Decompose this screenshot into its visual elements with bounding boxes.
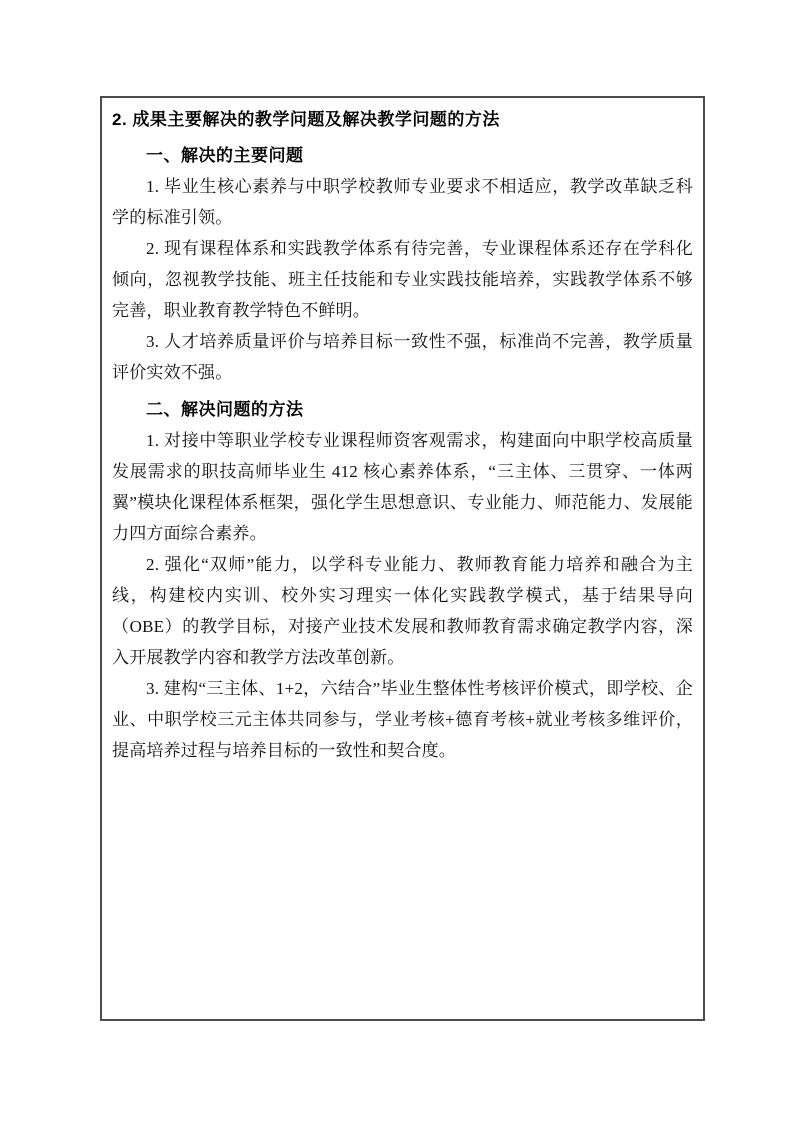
paragraph-method-3: 3. 建构“三主体、1+2，六结合”毕业生整体性考核评价模式，即学校、企业、中职… <box>112 673 693 766</box>
box-title: 2. 成果主要解决的教学问题及解决教学问题的方法 <box>112 108 693 132</box>
section-heading-problems: 一、解决的主要问题 <box>112 140 693 171</box>
section-main-problems: 一、解决的主要问题 1. 毕业生核心素养与中职学校教师专业要求不相适应，教学改革… <box>112 140 693 388</box>
section-heading-methods: 二、解决问题的方法 <box>112 394 693 425</box>
paragraph-problem-3: 3. 人才培养质量评价与培养目标一致性不强，标准尚不完善，教学质量评价实效不强。 <box>112 326 693 388</box>
section-solution-methods: 二、解决问题的方法 1. 对接中等职业学校专业课程师资客观需求，构建面向中职学校… <box>112 394 693 766</box>
paragraph-method-1: 1. 对接中等职业学校专业课程师资客观需求，构建面向中职学校高质量发展需求的职技… <box>112 425 693 549</box>
paragraph-problem-1: 1. 毕业生核心素养与中职学校教师专业要求不相适应，教学改革缺乏科学的标准引领。 <box>112 171 693 233</box>
paragraph-method-2: 2. 强化“双师”能力，以学科专业能力、教师教育能力培养和融合为主线，构建校内实… <box>112 549 693 673</box>
paragraph-problem-2: 2. 现有课程体系和实践教学体系有待完善，专业课程体系还存在学科化倾向，忽视教学… <box>112 233 693 326</box>
content-box: 2. 成果主要解决的教学问题及解决教学问题的方法 一、解决的主要问题 1. 毕业… <box>100 96 705 1021</box>
document-page: 2. 成果主要解决的教学问题及解决教学问题的方法 一、解决的主要问题 1. 毕业… <box>0 0 800 1131</box>
